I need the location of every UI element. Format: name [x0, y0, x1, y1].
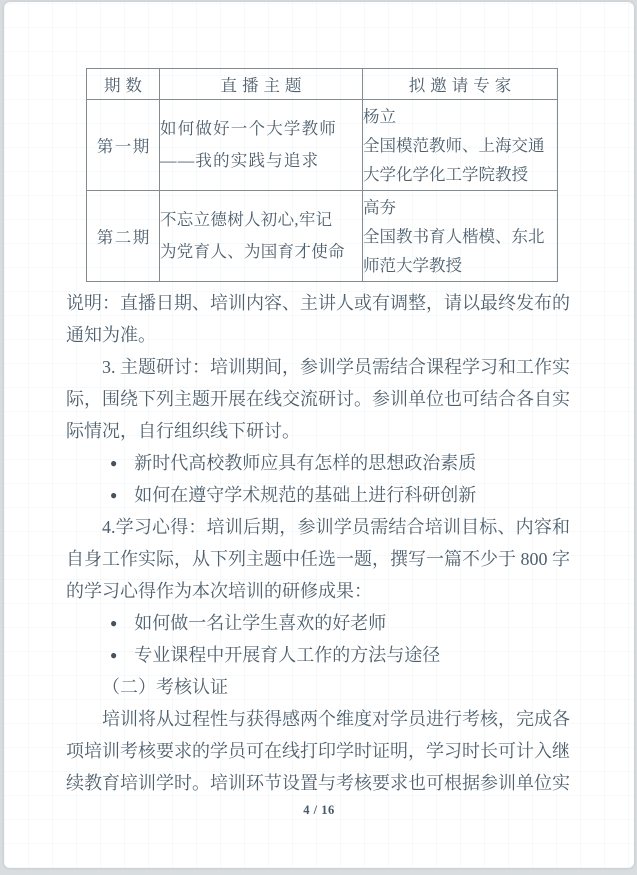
list-item-text: 新时代高校教师应具有怎样的思想政治素质: [134, 447, 476, 479]
bullet-icon: ●: [110, 447, 117, 479]
list-item-text: 如何在遵守学术规范的基础上进行科研创新: [134, 479, 476, 511]
header-topic: 直播主题: [160, 69, 363, 100]
list-item: ● 如何做一名让学生喜欢的好老师: [66, 607, 570, 639]
table-row: 第二期 不忘立德树人初心,牢记 为党育人、为国育才使命 高夯 全国教书育人楷模、…: [87, 191, 558, 282]
expert-cell: 高夯 全国教书育人楷模、东北 师范大学教授: [363, 191, 558, 282]
header-expert: 拟邀请专家: [363, 69, 558, 100]
body-text: 说明：直播日期、培训内容、主讲人或有调整，请以最终发布的通知为准。 3. 主题研…: [66, 287, 570, 799]
paragraph-note: 说明：直播日期、培训内容、主讲人或有调整，请以最终发布的通知为准。: [66, 287, 570, 351]
period-cell: 第二期: [87, 191, 160, 282]
topic-cell: 不忘立德树人初心,牢记 为党育人、为国育才使命: [160, 191, 363, 282]
reflection-topic-list: ● 如何做一名让学生喜欢的好老师 ● 专业课程中开展育人工作的方法与途径: [66, 607, 570, 671]
list-item-text: 专业课程中开展育人工作的方法与途径: [134, 639, 440, 671]
list-item: ● 如何在遵守学术规范的基础上进行科研创新: [66, 479, 570, 511]
list-item: ● 新时代高校教师应具有怎样的思想政治素质: [66, 447, 570, 479]
bullet-icon: ●: [110, 607, 117, 639]
paragraph-assessment: 培训将从过程性与获得感两个维度对学员进行考核，完成各项培训考核要求的学员可在线打…: [66, 703, 570, 799]
expert-cell: 杨立 全国模范教师、上海交通 大学化学化工学院教授: [363, 100, 558, 191]
paragraph-topic-discussion: 3. 主题研讨：培训期间，参训学员需结合课程学习和工作实际，围绕下列主题开展在线…: [66, 351, 570, 447]
table-row: 第一期 如何做好一个大学教师 ——我的实践与追求 杨立 全国模范教师、上海交通 …: [87, 100, 558, 191]
section-heading-assessment: （二）考核认证: [66, 671, 570, 703]
live-broadcast-schedule-table: 期数 直播主题 拟邀请专家 第一期 如何做好一个大学教师 ——我的实践与追求 杨…: [86, 68, 558, 282]
bullet-icon: ●: [110, 479, 117, 511]
table-header-row: 期数 直播主题 拟邀请专家: [87, 69, 558, 100]
header-period: 期数: [87, 69, 160, 100]
discussion-topic-list: ● 新时代高校教师应具有怎样的思想政治素质 ● 如何在遵守学术规范的基础上进行科…: [66, 447, 570, 511]
page-number: 4 / 16: [4, 803, 634, 818]
paragraph-learning-reflection: 4.学习心得：培训后期，参训学员需结合培训目标、内容和自身工作实际，从下列主题中…: [66, 511, 570, 607]
topic-cell: 如何做好一个大学教师 ——我的实践与追求: [160, 100, 363, 191]
list-item-text: 如何做一名让学生喜欢的好老师: [134, 607, 386, 639]
period-cell: 第一期: [87, 100, 160, 191]
document-page: 期数 直播主题 拟邀请专家 第一期 如何做好一个大学教师 ——我的实践与追求 杨…: [4, 2, 634, 868]
bullet-icon: ●: [110, 639, 117, 671]
list-item: ● 专业课程中开展育人工作的方法与途径: [66, 639, 570, 671]
